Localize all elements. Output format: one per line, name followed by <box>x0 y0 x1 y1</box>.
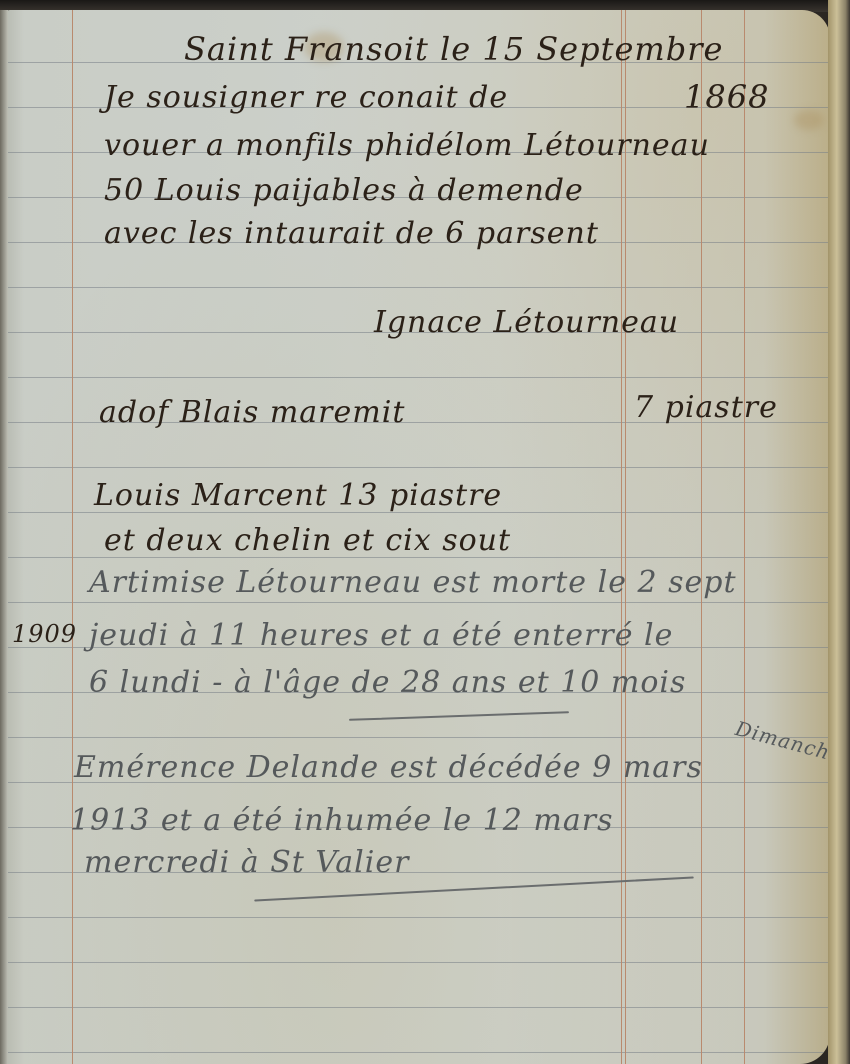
death-record-line: jeudi à 11 heures et a été enterré le <box>89 618 673 653</box>
ruled-line <box>4 1007 830 1008</box>
debt-line: Louis Marcent 13 piastre <box>94 478 502 513</box>
signature: Ignace Létourneau <box>374 305 679 340</box>
debt-line: et deux chelin et cix sout <box>104 523 511 558</box>
margin-line <box>72 10 73 1064</box>
ruled-line <box>4 287 830 288</box>
death-record-line: mercredi à St Valier <box>84 845 409 880</box>
ledger-page: Saint Fransoit le 15 Septembre 1868 Je s… <box>4 10 830 1064</box>
column-line-double <box>621 10 626 1064</box>
ruled-line <box>4 737 830 738</box>
page-left-edge <box>0 10 8 1064</box>
ruled-line <box>4 467 830 468</box>
debt-amount: 7 piastre <box>634 390 778 425</box>
header-place-date: Saint Fransoit le 15 Septembre <box>184 30 723 68</box>
note-line: avec les intaurait de 6 parsent <box>104 216 599 251</box>
note-line: vouer a monfils phidélom Létourneau <box>104 128 710 163</box>
ruled-line <box>4 1052 830 1053</box>
ruled-line <box>4 962 830 963</box>
debtor-name: adof Blais maremit <box>99 395 405 430</box>
ruled-line <box>4 917 830 918</box>
page-right-edge <box>828 0 850 1064</box>
ruled-line <box>4 377 830 378</box>
flourish-underline <box>349 711 569 721</box>
death-record-line: Artimise Létourneau est morte le 2 sept <box>89 565 737 600</box>
note-line: 50 Louis paijables à demende <box>104 173 584 208</box>
margin-note: Dimanche <box>733 716 830 768</box>
column-line <box>701 10 702 1064</box>
death-record-line: 1913 et a été inhumée le 12 mars <box>70 803 613 838</box>
death-record-line: 6 lundi - à l'âge de 28 ans et 10 mois <box>89 665 686 700</box>
header-year: 1868 <box>684 78 769 116</box>
age-stain <box>794 110 824 130</box>
flourish-underline <box>254 876 694 901</box>
note-line: Je sousigner re conait de <box>104 80 508 115</box>
margin-year: 1909 <box>12 620 77 648</box>
death-record-line: Emérence Delande est décédée 9 mars <box>74 750 703 785</box>
column-line <box>744 10 745 1064</box>
ruled-line <box>4 602 830 603</box>
